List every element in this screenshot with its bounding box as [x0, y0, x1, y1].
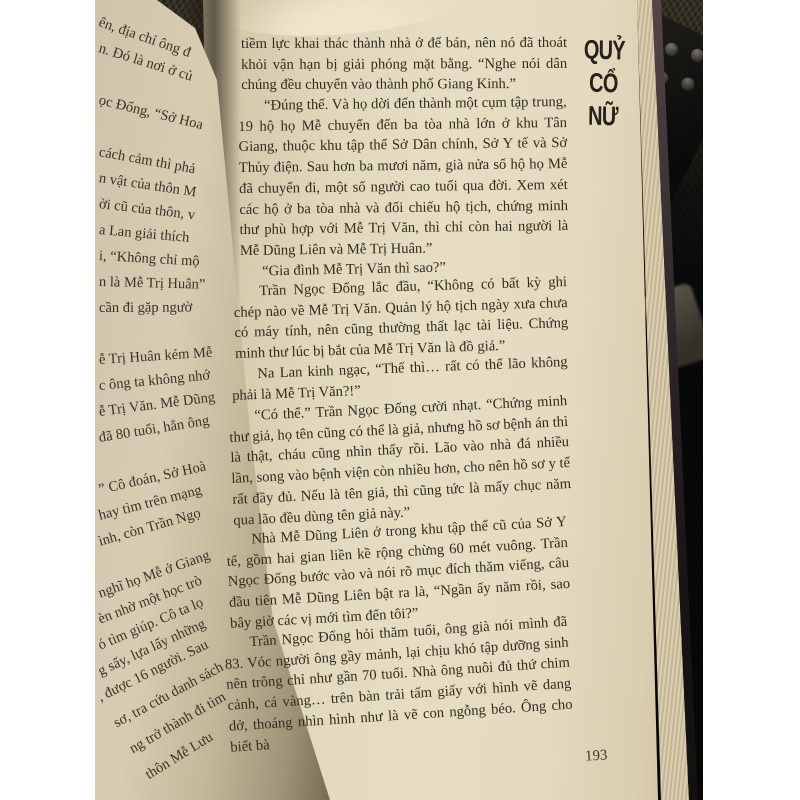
- screenshot-canvas: ên, địa chỉ ông đn. Đó là nơi ở củọc Đốn…: [0, 0, 800, 800]
- left-page-line: ời cũ của thôn, v: [98, 196, 196, 224]
- book-photo: ên, địa chỉ ông đn. Đó là nơi ở củọc Đốn…: [95, 0, 703, 800]
- paragraph: “Đúng thế. Và họ dời đến thành một cụm t…: [238, 92, 569, 262]
- left-page-line: i, “Không chỉ mộ: [99, 248, 200, 271]
- paragraph: “Có thể.” Trần Ngọc Đống cười nhạt. “Chứ…: [228, 391, 572, 531]
- left-page-line: a Lan giải thích: [98, 222, 190, 247]
- logo-line: QUỶ: [584, 34, 624, 68]
- logo-line: CỔ: [583, 67, 623, 101]
- book-title-logo: QUỶ CỔ NỮ: [583, 34, 624, 134]
- left-page-line: ễ Trị Huân kém Mễ: [98, 345, 212, 369]
- right-page-text: tiềm lực khai thác thành nhà ở để bán, n…: [215, 34, 567, 759]
- left-page-line: ọc Đống, “Sở Hoa: [97, 92, 205, 134]
- page-number: 193: [585, 747, 608, 765]
- left-page-line: cần đi gặp ngườ: [99, 300, 192, 317]
- logo-line: NỮ: [583, 100, 623, 134]
- paragraph: Trần Ngọc Đống hỏi thăm tuổi, ông già nó…: [223, 612, 575, 758]
- paragraph: Trần Ngọc Đống lắc đầu, “Không có bất kỳ…: [233, 273, 569, 366]
- left-page-line: n là Mễ Trị Huân”: [99, 274, 206, 294]
- paragraph: tiềm lực khai thác thành nhà ở để bán, n…: [241, 33, 567, 96]
